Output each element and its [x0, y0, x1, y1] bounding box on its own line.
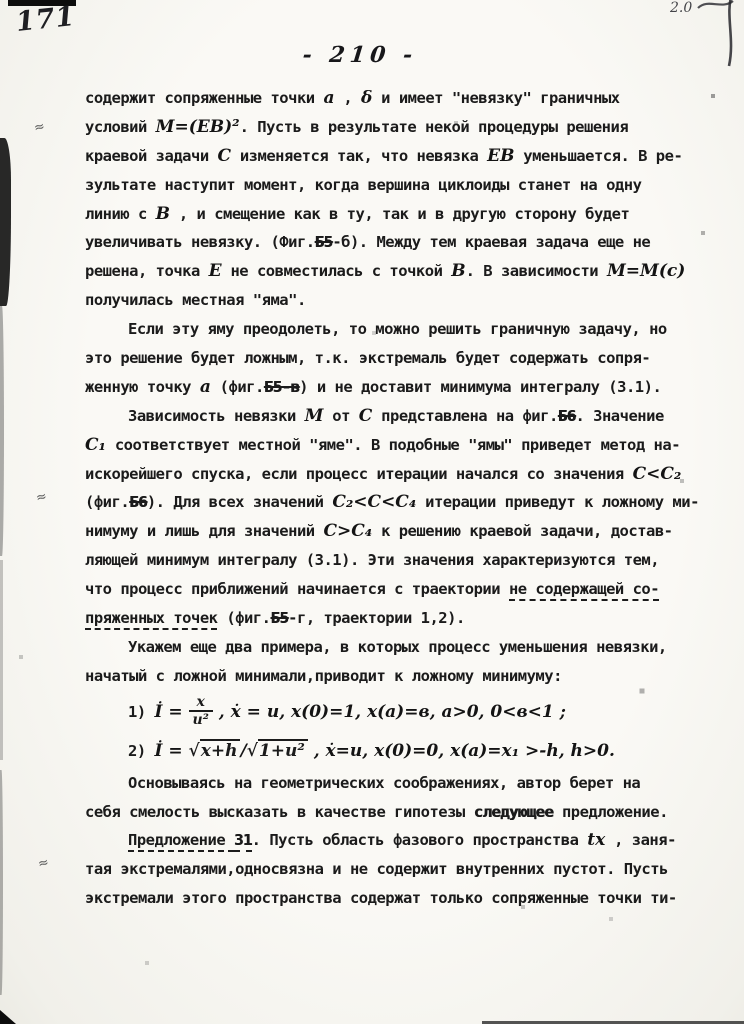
sqrt-radicand: x+h [200, 739, 241, 761]
text-line: начатый с ложной минимали,приводит к лож… [85, 662, 663, 691]
typed-text: экстремали этого пространства содержат т… [85, 889, 677, 907]
figure-ref: Б5 [315, 233, 333, 251]
typed-text: -г, траектории 1,2). [288, 609, 465, 627]
text-line: Основываясь на геометрических соображени… [85, 769, 663, 798]
math-inline: B [156, 204, 170, 224]
text-line: Укажем еще два примера, в которых процес… [85, 633, 663, 662]
page-number: - 210 - [0, 42, 721, 68]
math-inline: δ [361, 88, 372, 108]
handwritten-corner-text: 2.0 [669, 0, 692, 16]
math-inline: tx [587, 830, 605, 850]
math-inline: C>C₄ [323, 521, 372, 541]
typed-text: -б). Между тем краевая задача еще не [332, 233, 650, 251]
math-inline: M=(EB)² [156, 117, 240, 137]
typed-text: итерации приведут к ложному ми- [416, 493, 699, 511]
typed-text: получилась местная "яма". [85, 291, 306, 309]
math-inline: E [209, 261, 222, 281]
text-line: 2) İ = √x+h/√1+u² , ẋ=u, x(0)=0, x(a)=x₁… [85, 733, 663, 769]
typed-text: тая экстремалями,односвязна и не содержи… [85, 860, 668, 878]
text-line: это решение будет ложным, т.к. экстремал… [85, 344, 663, 373]
math-inline: a [323, 88, 334, 108]
figure-ref: Б6 [558, 407, 576, 425]
text-line: решена, точка E не совместилась с точкой… [85, 257, 663, 286]
typed-text: не совместилась с точкой [222, 262, 452, 280]
sqrt-expression: √x+h [189, 739, 241, 761]
text-line: увеличивать невязку. (Фиг.Б5-б). Между т… [85, 228, 663, 257]
text-line: Зависимость невязки M от C представлена … [85, 402, 663, 431]
text-line: пряженных точек (фиг.Б5-г, траектории 1,… [85, 604, 663, 633]
scan-noise-specks [0, 0, 2, 2]
typed-text: (фиг. [85, 493, 129, 511]
typed-text: что процесс приближений начинается с тра… [85, 580, 509, 598]
sqrt-radicand: 1+u² [258, 739, 308, 761]
scan-artifact-left-streak [0, 770, 3, 995]
typed-text: ляющей минимум интегралу (3.1). Эти знач… [85, 551, 659, 569]
bold-text: следующее [474, 803, 554, 821]
underlined-text: пряженных точек [85, 609, 217, 630]
typed-text: это решение будет ложным, т.к. экстремал… [85, 349, 650, 367]
text-line: женную точку a (фиг.Б5-в) и не доставит … [85, 373, 663, 402]
typed-text: увеличивать невязку. (Фиг. [85, 233, 315, 251]
typed-text: (фиг. [217, 609, 270, 627]
typed-text: Если эту яму преодолеть, то можно решить… [128, 320, 667, 338]
typed-text: себя смелость высказать в качестве гипот… [85, 803, 474, 821]
typed-text: . Пусть в результате некой процедуры реш… [240, 118, 629, 136]
text-line: искорейшего спуска, если процесс итераци… [85, 460, 663, 489]
figure-ref: Б5 [270, 609, 288, 627]
margin-tick-mark: ≈ [34, 489, 48, 506]
math-inline: C₂<C<C₄ [332, 492, 416, 512]
page-text: содержит сопряженные точки a , δ и имеет… [85, 84, 663, 913]
text-line: содержит сопряженные точки a , δ и имеет… [85, 84, 663, 113]
typed-text: Укажем еще два примера, в которых процес… [128, 638, 667, 656]
text-line: себя смелость высказать в качестве гипот… [85, 798, 663, 827]
typed-text: соответствует местной "яме". В подобные … [106, 436, 680, 454]
typed-text: 2) [128, 742, 155, 760]
typed-text: . В зависимости [466, 262, 607, 280]
typed-text: к решению краевой задачи, достав- [372, 522, 672, 540]
typed-text: и имеет "невязку" граничных [372, 89, 619, 107]
math-inline: B [451, 261, 465, 281]
typed-text: начатый с ложной минимали,приводит к лож… [85, 667, 562, 685]
text-line: получилась местная "яма". [85, 286, 663, 315]
figure-ref: Б5-в [264, 378, 299, 396]
underlined-bold-text: 31 [234, 831, 252, 852]
text-line: ляющей минимум интегралу (3.1). Эти знач… [85, 546, 663, 575]
typed-text: ). Для всех значений [147, 493, 332, 511]
math-inline: C [217, 146, 231, 166]
math-inline: a [200, 377, 211, 397]
typed-text: Основываясь на геометрических соображени… [128, 774, 640, 792]
typed-text: предложение. [553, 803, 668, 821]
typed-text: Зависимость невязки [128, 407, 305, 425]
margin-tick-mark: ≈ [32, 119, 46, 136]
typed-text: нимуму и лишь для значений [85, 522, 323, 540]
typed-text: 1) [128, 703, 155, 721]
math-inline: , ẋ=u, x(0)=0, x(a)=x₁ >-h, h>0. [308, 741, 615, 761]
typed-text: . Значение [575, 407, 663, 425]
math-inline: M=M(c) [607, 261, 685, 281]
text-line: 1) İ = xu² , ẋ = u, x(0)=1, x(a)=в, a>0,… [85, 691, 663, 733]
typed-text: от [323, 407, 358, 425]
typed-text: искорейшего спуска, если процесс итераци… [85, 465, 633, 483]
fraction-denominator: u² [189, 710, 213, 728]
scan-artifact-left-streak [0, 306, 4, 556]
figure-ref: Б6 [129, 493, 147, 511]
typed-text: (фиг. [211, 378, 264, 396]
underlined-text: не содержащей со- [509, 580, 659, 601]
typed-text: краевой задачи [85, 147, 217, 165]
typed-text: уменьшается. В ре- [514, 147, 682, 165]
text-line: C₁ соответствует местной "яме". В подобн… [85, 431, 663, 460]
typed-text: изменяется так, что невязка [231, 147, 487, 165]
text-line: экстремали этого пространства содержат т… [85, 884, 663, 913]
text-line: Предложение 31. Пусть область фазового п… [85, 826, 663, 855]
math-inline: , ẋ = u, x(0)=1, x(a)=в, a>0, 0<в<1 ; [213, 702, 566, 722]
math-inline: C [359, 406, 373, 426]
text-line: нимуму и лишь для значений C>C₄ к решени… [85, 517, 663, 546]
scan-artifact-bottom-corner [0, 1010, 16, 1024]
math-inline: İ = [155, 702, 189, 722]
text-line: линию с B , и смещение как в ту, так и в… [85, 200, 663, 229]
underlined-text: Предложение [128, 831, 234, 852]
typed-text: условий [85, 118, 156, 136]
math-inline: İ = [155, 741, 189, 761]
text-line: тая экстремалями,односвязна и не содержи… [85, 855, 663, 884]
margin-tick-mark: ≈ [36, 855, 50, 872]
math-inline: EB [487, 146, 514, 166]
sqrt-expression: √1+u² [247, 739, 308, 761]
text-line: зультате наступит момент, когда вершина … [85, 171, 663, 200]
text-line: Если эту яму преодолеть, то можно решить… [85, 315, 663, 344]
scan-artifact-left-streak [0, 560, 3, 760]
typed-text: зультате наступит момент, когда вершина … [85, 176, 641, 194]
scan-artifact-left-streak [0, 138, 11, 306]
text-line: что процесс приближений начинается с тра… [85, 575, 663, 604]
typed-text: линию с [85, 205, 156, 223]
math-inline: C<C₂ [633, 464, 682, 484]
typed-text: представлена на фиг. [372, 407, 557, 425]
typed-text: , [334, 89, 361, 107]
typed-text: женную точку [85, 378, 200, 396]
typed-text: ) и не доставит минимума интегралу (3.1)… [299, 378, 661, 396]
typed-text: , заня- [605, 831, 676, 849]
text-line: условий M=(EB)². Пусть в результате неко… [85, 113, 663, 142]
fraction: xu² [189, 694, 213, 728]
handwritten-page-note: 171 [15, 1, 77, 38]
typed-text: . Пусть область фазового пространства [252, 831, 588, 849]
fraction-numerator: x [189, 694, 213, 710]
typed-text: , и смещение как в ту, так и в другую ст… [170, 205, 629, 223]
scanned-page: 171 2.0 ≈ ≈ ≈ - 210 - содержит сопряженн… [0, 0, 744, 1024]
typed-text: решена, точка [85, 262, 209, 280]
text-line: (фиг.Б6). Для всех значений C₂<C<C₄ итер… [85, 488, 663, 517]
text-line: краевой задачи C изменяется так, что нев… [85, 142, 663, 171]
typed-text: содержит сопряженные точки [85, 89, 323, 107]
math-inline: C₁ [85, 435, 106, 455]
math-inline: M [305, 406, 324, 426]
